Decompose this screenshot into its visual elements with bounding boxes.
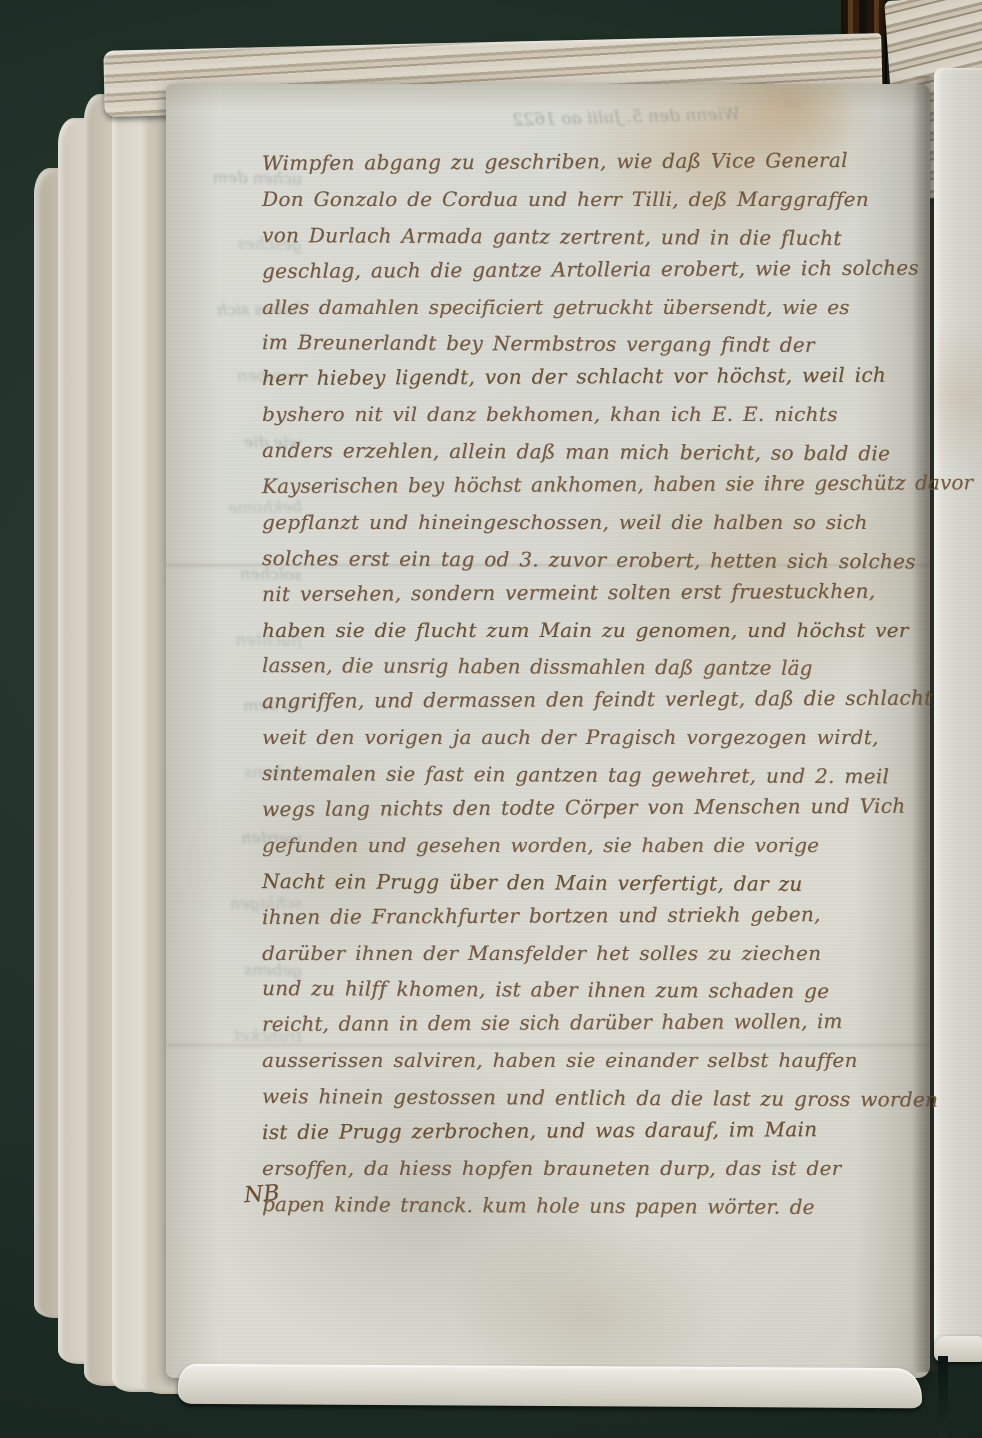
manuscript-line: gefunden und gesehen worden, sie haben d…: [262, 828, 924, 864]
facing-page-edge: [934, 68, 982, 1356]
manuscript-line: angriffen, und dermassen den feindt verl…: [262, 681, 924, 720]
manuscript-line: herr hiebey ligendt, von der schlacht vo…: [262, 358, 924, 397]
manuscript-line: nit versehen, sondern vermeint solten er…: [262, 573, 924, 612]
manuscript-line: papen kinde tranck. kum hole uns papen w…: [262, 1187, 924, 1226]
manuscript-line: gepflanzt und hineingeschossen, weil die…: [262, 505, 924, 541]
nb-marginal-note: NB: [243, 1181, 280, 1208]
bottom-gap-shadow: [938, 1356, 948, 1438]
manuscript-line: weit den vorigen ja auch der Pragisch vo…: [262, 720, 924, 756]
manuscript-line: Wimpfen abgang zu geschriben, wie daß Vi…: [262, 143, 924, 182]
photograph-backdrop: { "palette": { "background": "#1c2b23", …: [0, 0, 982, 1438]
manuscript-line: wegs lang nichts den todte Cörper von Me…: [262, 789, 924, 828]
manuscript-line: geschlag, auch die gantze Artolleria ero…: [262, 250, 924, 289]
manuscript-line: haben sie die flucht zum Main zu genomen…: [262, 613, 924, 649]
manuscript-line: byshero nit vil danz bekhomen, khan ich …: [262, 397, 924, 433]
manuscript-line: ausserissen salviren, haben sie einander…: [262, 1043, 924, 1079]
bottom-deckle-edge: [178, 1364, 922, 1409]
manuscript-line: ist die Prugg zerbrochen, und was darauf…: [262, 1112, 924, 1151]
manuscript-line: ersoffen, da hiess hopfen brauneten durp…: [262, 1151, 924, 1187]
manuscript-line: darüber ihnen der Mansfelder het solles …: [262, 936, 924, 972]
manuscript-line: alles damahlen specificiert getruckht üb…: [262, 290, 924, 326]
manuscript-line: Don Gonzalo de Cordua und herr Tilli, de…: [262, 182, 924, 218]
manuscript-line: Kayserischen bey höchst ankhomen, haben …: [262, 466, 924, 505]
manuscript-text-block: Wimpfen abgang zu geschriben, wie daß Vi…: [262, 146, 924, 1223]
manuscript-line: ihnen die Franckhfurter bortzen und stri…: [262, 896, 924, 935]
manuscript-line: reicht, dann in dem sie sich darüber hab…: [262, 1004, 924, 1043]
